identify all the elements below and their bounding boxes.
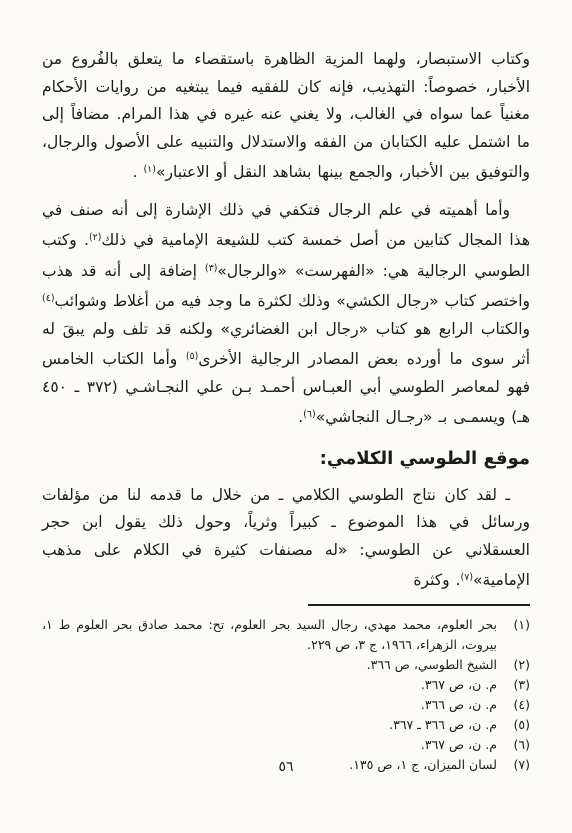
footnote-item: (٤)م. ن، ص ٣٦٦. (42, 695, 530, 715)
footnote-number: (١) (504, 615, 530, 635)
footnote-text: م. ن، ص ٣٦٧. (42, 735, 497, 755)
footnote-text: م. ن، ص ٣٦٦ ـ ٣٦٧. (42, 715, 497, 735)
body-paragraph: ـ لقد كان نتاج الطوسي الكلامي ـ من خلال … (42, 482, 530, 595)
footnote-item: (٦)م. ن، ص ٣٦٧. (42, 735, 530, 755)
body-paragraph: وكتاب الاستبصار، ولهما المزية الظاهرة با… (42, 46, 530, 187)
book-page: وكتاب الاستبصار، ولهما المزية الظاهرة با… (0, 0, 572, 833)
body-content: وكتاب الاستبصار، ولهما المزية الظاهرة با… (42, 46, 530, 595)
footnote-text: م. ن، ص ٣٦٦. (42, 695, 497, 715)
footnote-divider (308, 604, 530, 606)
footnote-marker: (٣) (205, 263, 218, 274)
footnote-marker: (٦) (303, 409, 316, 420)
footnote-item: (٢)الشيخ الطوسي، ص ٣٦٦. (42, 655, 530, 675)
footnote-text: م. ن، ص ٣٦٧. (42, 675, 497, 695)
paragraph-text: وأما أهميته في علم الرجال فتكفي في ذلك ا… (42, 201, 530, 250)
footnote-number: (٤) (504, 695, 530, 715)
footnote-number: (٥) (504, 715, 530, 735)
footnote-marker: (١) (143, 164, 156, 175)
footnote-number: (٣) (504, 675, 530, 695)
footnote-number: (٦) (504, 735, 530, 755)
footnote-marker: (٧) (461, 572, 474, 583)
paragraph-text: . (133, 163, 144, 181)
footnotes-list: (١)بحر العلوم، محمد مهدي، رجال السيد بحر… (42, 615, 530, 775)
section-heading: موقع الطوسي الكلامي: (42, 446, 530, 472)
paragraph-text: وكتاب الاستبصار، ولهما المزية الظاهرة با… (42, 50, 530, 181)
footnote-number: (٢) (504, 655, 530, 675)
footnote-item: (٣)م. ن، ص ٣٦٧. (42, 675, 530, 695)
footnote-text: بحر العلوم، محمد مهدي، رجال السيد بحر ال… (42, 615, 497, 655)
footnote-item: (٥)م. ن، ص ٣٦٦ ـ ٣٦٧. (42, 715, 530, 735)
footnote-item: (١)بحر العلوم، محمد مهدي، رجال السيد بحر… (42, 615, 530, 655)
body-paragraph: وأما أهميته في علم الرجال فتكفي في ذلك ا… (42, 197, 530, 432)
footnote-marker: (٤) (42, 293, 55, 304)
page-number: ٥٦ (0, 759, 572, 775)
footnote-marker: (٢) (89, 232, 102, 243)
footnote-text: الشيخ الطوسي، ص ٣٦٦. (42, 655, 497, 675)
footnote-marker: (٥) (186, 351, 199, 362)
paragraph-text: . وكثرة (413, 571, 460, 589)
